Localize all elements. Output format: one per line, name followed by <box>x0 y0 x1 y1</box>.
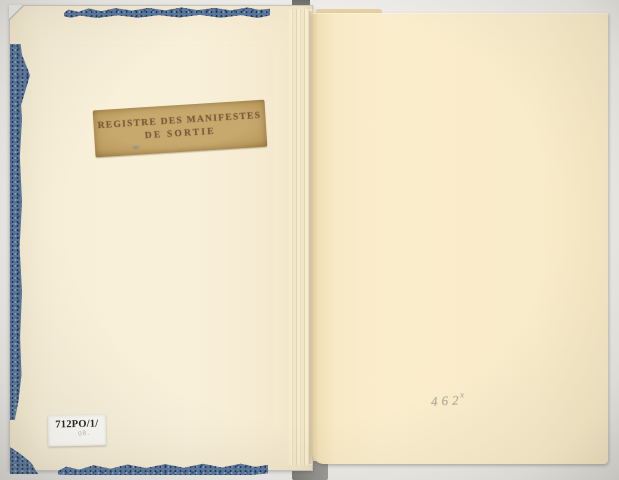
board-corner-cut <box>9 5 24 20</box>
gutter-crease-shadow <box>309 11 313 464</box>
folio-digits: 462 <box>431 392 463 409</box>
pencil-folio-number: 462x <box>431 390 465 410</box>
shelfmark-sticker: 712PO/1/ 08. <box>48 414 107 446</box>
ink-smudge <box>131 144 141 150</box>
folio-superscript: x <box>460 390 464 399</box>
inside-front-cover-pastedown <box>9 5 313 471</box>
book-scan: REGISTRE DES MANIFESTES DE SORTIE 712PO/… <box>0 0 619 480</box>
marbled-turnin-left <box>10 44 22 420</box>
